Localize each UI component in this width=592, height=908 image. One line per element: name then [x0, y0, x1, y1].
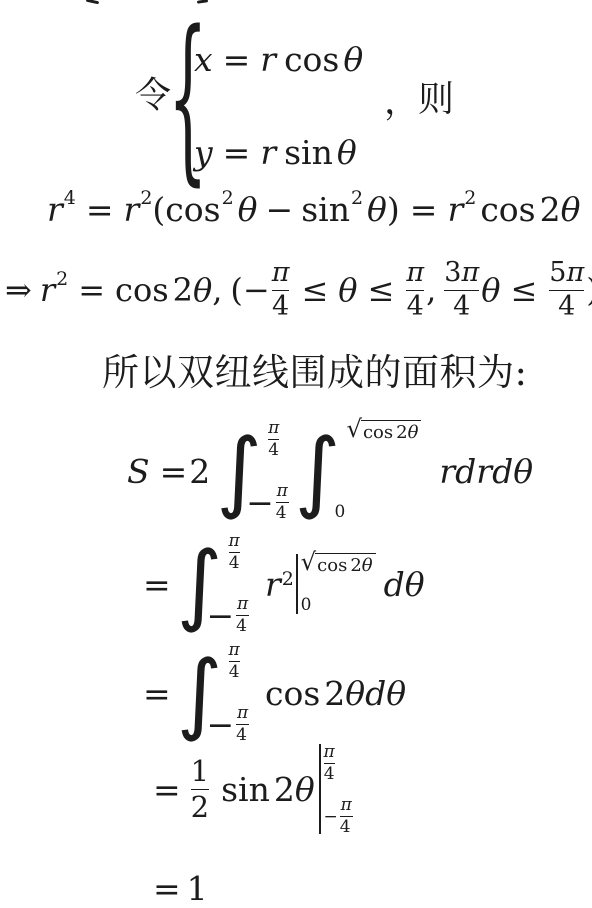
exponent-4: 4 — [64, 187, 76, 209]
fraction-pi-over-4: π 4 — [270, 259, 292, 321]
equation-y: y = r sin θ — [194, 133, 357, 172]
fraction-pi-over-4: π 4 — [404, 259, 426, 321]
fraction-one-half: 1 2 — [189, 756, 211, 822]
denominator-2: 2 — [191, 792, 209, 822]
lower-limit-0: 0 — [334, 502, 421, 522]
integral-limits: √ cos 2 θ 0 — [336, 420, 421, 522]
var-r: r — [40, 271, 55, 309]
integrand-rdrdtheta: rdrdθ — [439, 452, 533, 491]
fraction-pi-over-4: π 4 — [229, 533, 240, 572]
lower-limit-minus-pi-4: − π 4 — [324, 797, 353, 836]
evaluation-bar-group: √ cos 2 θ 0 — [296, 553, 376, 615]
exponent-2: 2 — [222, 187, 234, 209]
let-keyword: 令 — [135, 74, 171, 117]
equals-sign: = — [153, 869, 181, 908]
evaluation-limits: π 4 − π 4 — [324, 742, 353, 836]
sin-function: sin — [284, 133, 333, 172]
var-theta: θ — [345, 674, 365, 713]
var-x: x — [194, 40, 213, 79]
identity-line: r4 = r2 ( cos2 θ − sin2 θ ) = r2 cos 2θ — [47, 186, 581, 232]
integral-limits: π 4 − π 4 — [258, 420, 288, 522]
minus-sign: − — [207, 705, 235, 744]
var-r: r — [260, 133, 276, 172]
var-theta: θ — [238, 190, 258, 229]
var-S: S — [127, 452, 150, 491]
fullwidth-comma: ， — [384, 80, 420, 123]
exponent-2: 2 — [351, 187, 363, 209]
fraction-pi-over-4: π 4 — [340, 797, 353, 836]
exponent-2: 2 — [140, 187, 152, 209]
equation-x: x = r cos θ — [194, 40, 363, 79]
upper-limit-pi-4: π 4 — [324, 742, 353, 783]
var-theta: θ — [367, 190, 387, 229]
equals-sign: = — [86, 190, 114, 229]
denominator-4: 4 — [407, 293, 424, 321]
integral-sign: ∫ — [295, 433, 341, 509]
lower-limit-minus-pi-4: − π 4 — [246, 483, 288, 522]
cos-function: cos — [165, 190, 220, 229]
comma: , — [426, 271, 436, 309]
denominator-4: 4 — [558, 293, 575, 321]
integral-limits: π 4 − π 4 — [219, 642, 249, 744]
numerator-5pi: 5π — [549, 259, 584, 287]
differential-dtheta: dθ — [384, 565, 425, 604]
minus-sign: − — [246, 483, 274, 522]
antiderivative-line: = 1 2 sin 2θ π 4 − π 4 — [153, 741, 353, 837]
math-document-page: { "canvas": { "width": 592, "height": 90… — [0, 0, 592, 908]
fraction-pi-over-4: π 4 — [236, 596, 249, 635]
leq-sign: ≤ — [301, 271, 328, 309]
coefficient-2: 2 — [540, 190, 561, 229]
leq-sign: ≤ — [368, 271, 395, 309]
equals-sign: = — [78, 271, 105, 309]
var-theta: θ — [561, 190, 581, 229]
var-theta: θ — [338, 271, 357, 309]
cos-function: cos — [284, 40, 339, 79]
exponent-2: 2 — [464, 187, 476, 209]
var-theta: θ — [193, 271, 212, 309]
substitution-line: 令 { x = r cos θ y = r sin θ ， 则 — [0, 0, 592, 195]
leq-sign: ≤ — [510, 271, 537, 309]
upper-limit-pi-4: π 4 — [268, 420, 288, 459]
differential-dtheta: dθ — [365, 674, 406, 713]
evaluation-bar-group: π 4 − π 4 — [319, 742, 353, 836]
coefficient-2: 2 — [173, 271, 193, 309]
var-theta: θ — [337, 133, 357, 172]
cos-integral-line: = ∫ π 4 − π 4 cos 2θdθ — [143, 645, 406, 741]
equals-sign: = — [223, 40, 251, 79]
equals-sign: = — [223, 133, 251, 172]
then-keyword: 则 — [418, 78, 454, 121]
comma: , — [212, 271, 222, 309]
var-theta: θ — [295, 770, 315, 809]
sin-function: sin — [221, 770, 270, 809]
exponent-2: 2 — [56, 268, 68, 290]
right-paren: ) — [387, 190, 400, 229]
r-squared: r2 — [265, 565, 294, 604]
minus-sign: − — [266, 190, 294, 229]
sqrt-cos-2theta: √ cos 2 θ — [301, 553, 376, 576]
fraction-5pi-over-4: 5π 4 — [547, 259, 586, 321]
conclusion-text: 所以双纽线围成的面积为: — [102, 342, 527, 396]
result-line: = 1 — [153, 868, 208, 908]
fraction-3pi-over-4: 3π 4 — [442, 259, 481, 321]
equals-sign: = — [410, 190, 438, 229]
coefficient-2: 2 — [324, 674, 345, 713]
integral: ∫ π 4 − π 4 — [177, 642, 249, 744]
integral-limits: π 4 − π 4 — [219, 533, 249, 635]
left-paren: ( — [230, 271, 242, 309]
sin-function: sin — [301, 190, 350, 229]
lower-limit-minus-pi-4: − π 4 — [207, 596, 249, 635]
upper-limit-pi-4: π 4 — [229, 642, 249, 681]
var-r: r — [260, 40, 276, 79]
numerator-1: 1 — [191, 756, 209, 786]
cos-function: cos — [480, 190, 535, 229]
equals-sign: = — [153, 770, 181, 809]
lower-limit-minus-pi-4: − π 4 — [207, 705, 249, 744]
numerator-3pi: 3π — [444, 259, 479, 287]
numerator-pi: π — [272, 259, 290, 287]
coefficient-2: 2 — [274, 770, 295, 809]
fraction-pi-over-4: π 4 — [229, 642, 240, 681]
cos-function: cos — [265, 674, 320, 713]
denominator-4: 4 — [272, 293, 289, 321]
radical-sign: √ — [346, 420, 361, 439]
fraction-pi-over-4: π 4 — [276, 483, 289, 522]
var-theta: θ — [343, 40, 363, 79]
var-r: r — [47, 190, 63, 229]
denominator-4: 4 — [453, 293, 470, 321]
right-paren: ) — [586, 271, 592, 309]
result-value: 1 — [187, 869, 208, 908]
minus-sign: − — [243, 271, 270, 309]
lower-limit-0: 0 — [301, 595, 376, 615]
var-y: y — [194, 133, 213, 172]
numerator-pi: π — [406, 259, 424, 287]
minus-sign: − — [324, 807, 338, 827]
evaluated-inner-line: = ∫ π 4 − π 4 r2 — [143, 534, 425, 634]
implies-arrow: ⇒ — [5, 271, 32, 309]
radical-sign: √ — [301, 553, 316, 572]
equals-sign: = — [143, 565, 171, 604]
sqrt-cos-2theta: √ cos 2 θ — [346, 420, 421, 443]
implication-line: ⇒ r2 = cos 2θ, ( − π 4 ≤ θ ≤ π 4 , 3π 4 … — [5, 252, 592, 328]
var-r: r — [447, 190, 463, 229]
evaluation-limits: √ cos 2 θ 0 — [301, 553, 376, 615]
var-r: r — [124, 190, 140, 229]
integral: ∫ π 4 − π 4 — [177, 533, 249, 635]
radicand: cos 2 θ — [315, 553, 375, 576]
upper-limit-pi-4: π 4 — [229, 533, 249, 572]
radicand: cos 2 θ — [361, 420, 421, 443]
exponent-2: 2 — [282, 568, 294, 590]
fraction-pi-over-4: π 4 — [236, 705, 249, 744]
double-integral-line: S = 2 ∫ π 4 − π 4 ∫ — [127, 420, 533, 522]
evaluation-bar — [296, 554, 298, 614]
upper-limit-sqrt-cos2theta: √ cos 2 θ — [346, 420, 421, 443]
equals-sign: = — [160, 452, 188, 491]
outer-integral: ∫ π 4 − π 4 — [216, 420, 288, 522]
var-theta: θ — [481, 271, 500, 309]
cos-function: cos — [115, 271, 169, 309]
coefficient-2: 2 — [189, 452, 210, 491]
left-paren: ( — [152, 190, 165, 229]
fraction-pi-over-4: π 4 — [268, 420, 279, 459]
inner-integral: ∫ √ cos 2 θ 0 — [295, 420, 422, 522]
evaluation-bar — [319, 744, 321, 834]
upper-limit-sqrt-cos2theta: √ cos 2 θ — [301, 553, 376, 576]
minus-sign: − — [207, 596, 235, 635]
fraction-pi-over-4: π 4 — [324, 744, 335, 783]
equals-sign: = — [143, 674, 171, 713]
